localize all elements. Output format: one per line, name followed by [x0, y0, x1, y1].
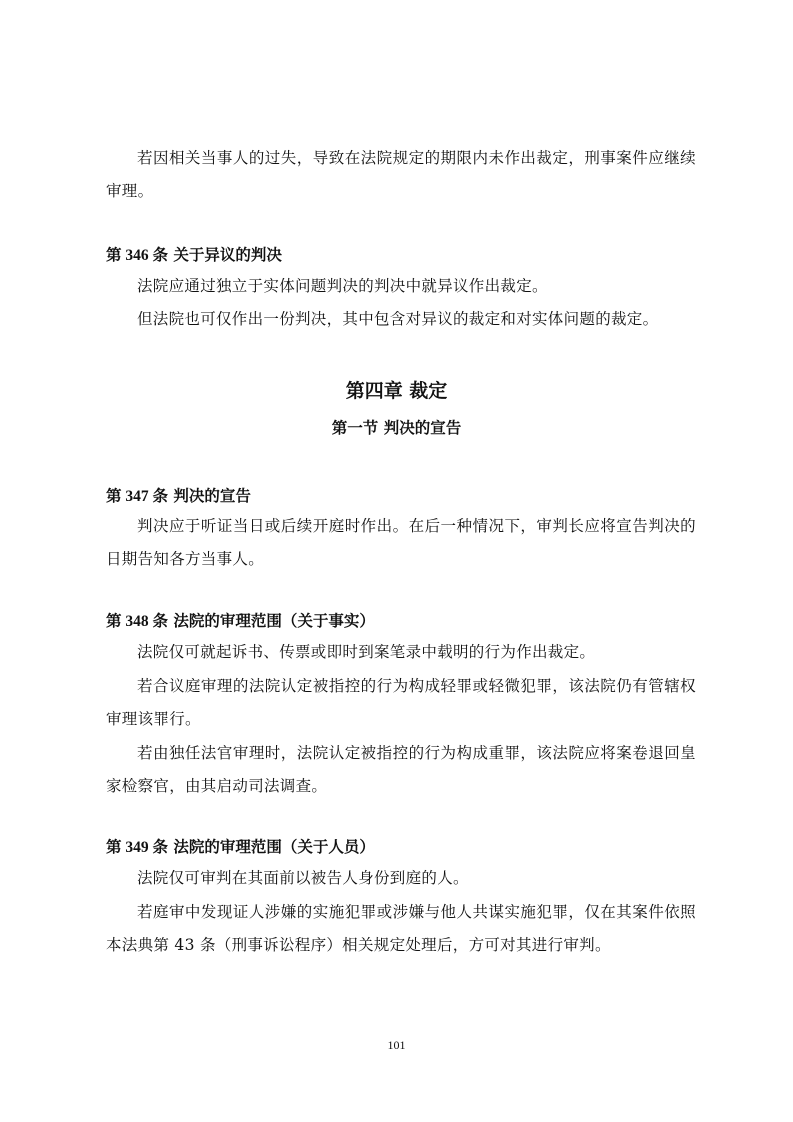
article-346-paragraph-1: 法院应通过独立于实体问题判决的判决中就异议作出裁定。 — [106, 270, 696, 303]
article-348-paragraph-3: 若由独任法官审理时，法院认定被指控的行为构成重罪，该法院应将案卷退回皇家检察官，… — [106, 737, 696, 803]
article-348-paragraph-2: 若合议庭审理的法院认定被指控的行为构成轻罪或轻微犯罪，该法院仍有管辖权审理该罪行… — [106, 670, 696, 736]
article-number: 第 349 条 — [106, 839, 168, 856]
article-number: 第 346 条 — [106, 247, 168, 264]
article-title: 法院的审理范围（关于事实） — [173, 612, 375, 630]
article-number: 第 347 条 — [106, 488, 168, 505]
article-346-heading: 第 346 条 关于异议的判决 — [106, 244, 282, 267]
article-title: 判决的宣告 — [173, 487, 251, 505]
article-349-paragraph-2: 若庭审中发现证人涉嫌的实施犯罪或涉嫌与他人共谋实施犯罪，仅在其案件依照本法典第 … — [106, 896, 696, 962]
article-348-heading: 第 348 条 法院的审理范围（关于事实） — [106, 610, 375, 633]
article-number: 第 348 条 — [106, 613, 168, 630]
page-number: 101 — [0, 1038, 793, 1053]
chapter-title: 第四章 裁定 — [0, 376, 793, 403]
article-349-heading: 第 349 条 法院的审理范围（关于人员） — [106, 836, 375, 859]
intro-paragraph: 若因相关当事人的过失，导致在法院规定的期限内未作出裁定，刑事案件应继续审理。 — [106, 142, 696, 208]
article-347-heading: 第 347 条 判决的宣告 — [106, 485, 251, 508]
article-title: 法院的审理范围（关于人员） — [173, 838, 375, 856]
article-349-paragraph-1: 法院仅可审判在其面前以被告人身份到庭的人。 — [106, 862, 696, 895]
document-page: 若因相关当事人的过失，导致在法院规定的期限内未作出裁定，刑事案件应继续审理。 第… — [0, 0, 793, 1122]
section-title: 第一节 判决的宣告 — [0, 416, 793, 438]
article-title: 关于异议的判决 — [173, 246, 282, 264]
article-347-paragraph-1: 判决应于听证当日或后续开庭时作出。在后一种情况下，审判长应将宣告判决的日期告知各… — [106, 510, 696, 576]
article-346-paragraph-2: 但法院也可仅作出一份判决，其中包含对异议的裁定和对实体问题的裁定。 — [106, 303, 696, 336]
article-348-paragraph-1: 法院仅可就起诉书、传票或即时到案笔录中载明的行为作出裁定。 — [106, 636, 696, 669]
